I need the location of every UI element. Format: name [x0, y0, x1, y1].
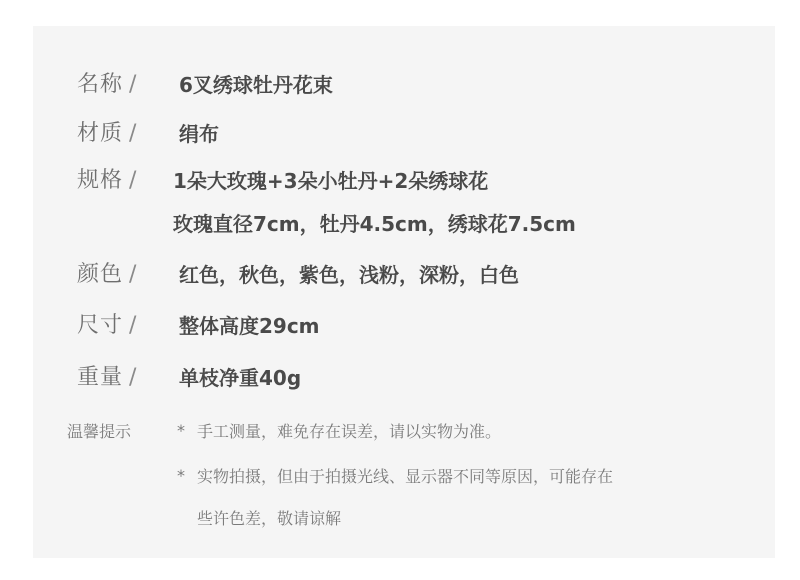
- spec-label-color: 颜色/: [77, 257, 137, 288]
- spec-label-material: 材质/: [77, 116, 137, 147]
- tip-item-1: 手工测量，难免存在误差，请以实物为准。: [197, 419, 501, 442]
- spec-value-weight: 单枝净重40g: [179, 362, 301, 391]
- spec-value-spec-detail: 玫瑰直径7cm，牡丹4.5cm，绣球花7.5cm: [173, 208, 576, 237]
- spec-label-weight: 重量/: [77, 360, 137, 391]
- tip-item-2-cont: 些许色差，敬请谅解: [197, 506, 341, 529]
- spec-label-size: 尺寸/: [77, 308, 137, 339]
- spec-value-color: 红色，秋色，紫色，浅粉，深粉，白色: [179, 259, 519, 288]
- spec-value-spec: 1朵大玫瑰+3朵小牡丹+2朵绣球花: [173, 165, 488, 194]
- spec-value-name: 6叉绣球牡丹花束: [179, 69, 333, 98]
- tip-item-2: 实物拍摄，但由于拍摄光线、显示器不同等原因，可能存在: [197, 464, 613, 487]
- spec-label-spec: 规格/: [77, 163, 137, 194]
- spec-value-size: 整体高度29cm: [179, 310, 320, 339]
- tips-label: 温馨提示: [67, 419, 131, 442]
- spec-label-name: 名称/: [77, 67, 137, 98]
- tip-bullet: *: [177, 466, 185, 485]
- spec-value-material: 绢布: [179, 118, 219, 147]
- product-spec-panel: 名称/ 6叉绣球牡丹花束 材质/ 绢布 规格/ 1朵大玫瑰+3朵小牡丹+2朵绣球…: [33, 26, 775, 558]
- tip-bullet: *: [177, 421, 185, 440]
